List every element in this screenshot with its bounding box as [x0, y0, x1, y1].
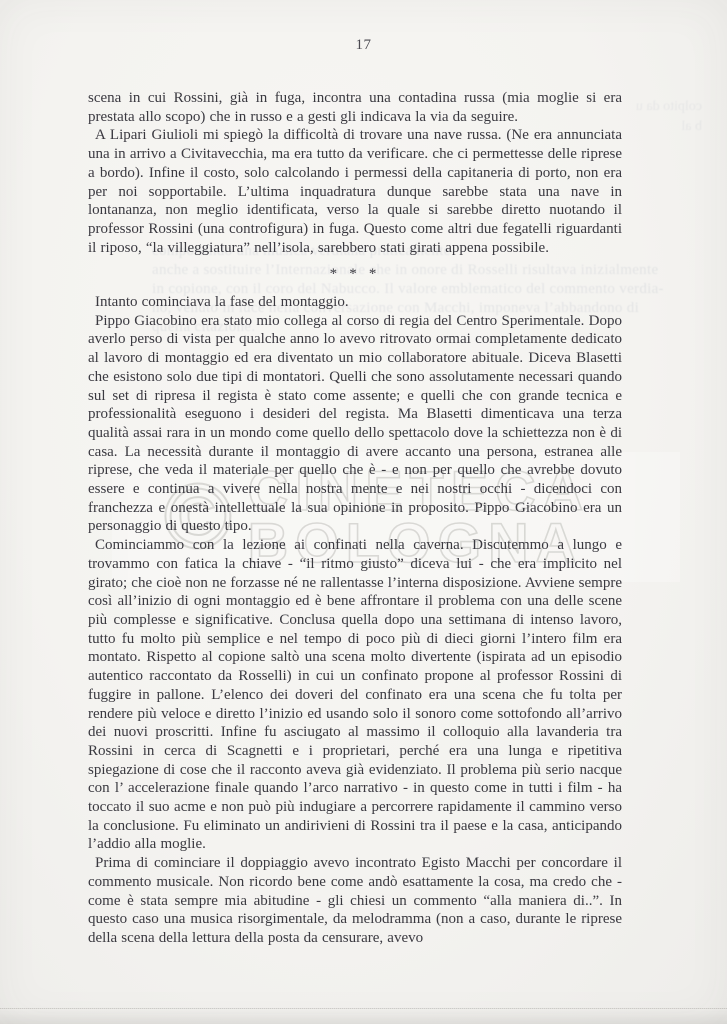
paragraph: Pippo Giacobino era stato mio collega al…	[88, 312, 622, 536]
paragraph: Intanto cominciava la fase del montaggio…	[88, 293, 622, 312]
page-text: scena in cui Rossini, già in fuga, incon…	[88, 89, 622, 948]
paragraph: scena in cui Rossini, già in fuga, incon…	[88, 89, 622, 126]
scan-edge	[0, 1008, 727, 1024]
paragraph: A Lipari Giulioli mi spiegò la difficolt…	[88, 126, 622, 257]
paragraph: Cominciammo con la lezione ai confinati …	[88, 536, 622, 854]
page-number: 17	[0, 37, 727, 54]
paragraph: Prima di cominciare il doppiaggio avevo …	[88, 854, 622, 948]
bleedthrough-fragment: b al	[652, 119, 702, 135]
scanned-book-page: componendo una musica verdiana praticame…	[0, 0, 727, 1024]
section-separator: * * *	[88, 265, 622, 284]
